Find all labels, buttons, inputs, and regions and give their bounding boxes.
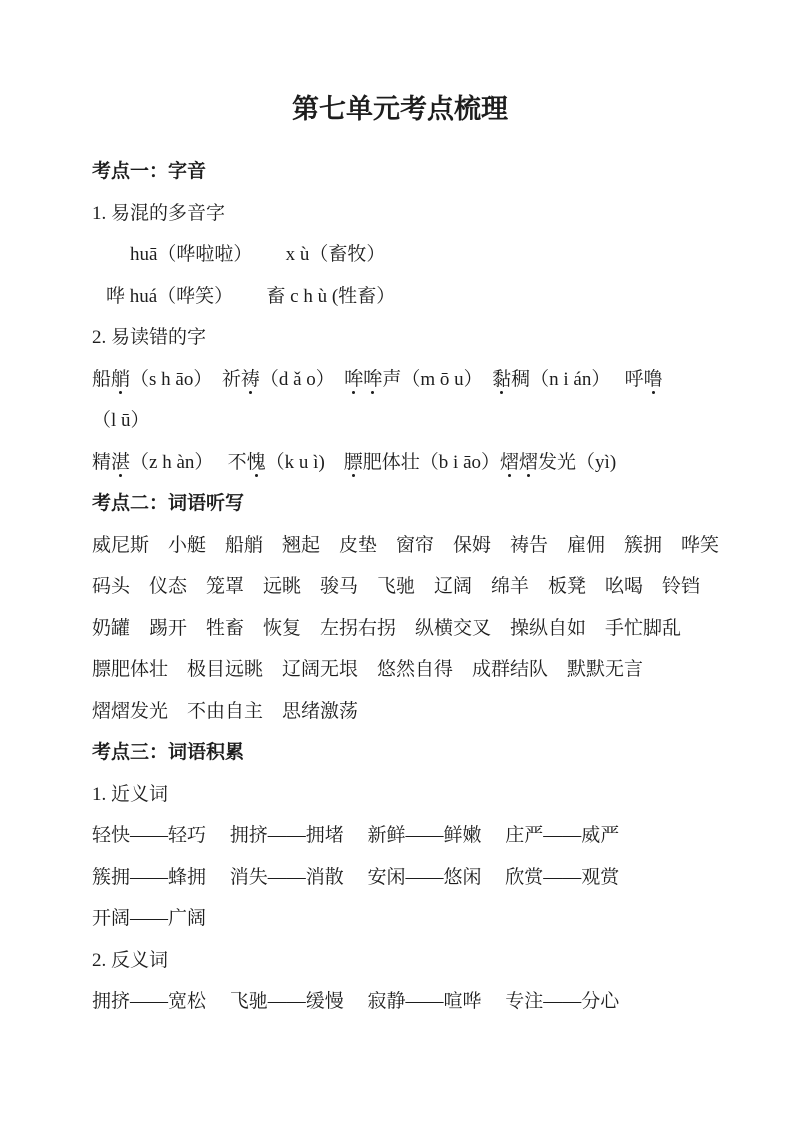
polyphone-line-1: huā（哗啦啦） x ù（畜牧） <box>92 234 708 276</box>
dictation-word-line-4: 膘肥体壮 极目远眺 辽阔无垠 悠然自得 成群结队 默默无言 <box>92 649 708 691</box>
mispronounced-line-2: （l ū） <box>92 400 708 442</box>
mispronounced-line-3: 精湛（z h àn） 不愧（k u ì) 膘肥体壮（b i āo）熠熠发光（yì… <box>92 442 708 484</box>
synonym-line-3: 开阔——广阔 <box>92 898 708 940</box>
synonym-line-2: 簇拥——蜂拥 消失——消散 安闲——悠闲 欣赏——观赏 <box>92 857 708 899</box>
document-page: 第七单元考点梳理 考点一：字音 1. 易混的多音字 huā（哗啦啦） x ù（畜… <box>0 0 793 1122</box>
section1-item1-label: 1. 易混的多音字 <box>92 193 708 235</box>
section1-item2-label: 2. 易读错的字 <box>92 317 708 359</box>
document-content: 第七单元考点梳理 考点一：字音 1. 易混的多音字 huā（哗啦啦） x ù（畜… <box>92 88 708 1023</box>
dictation-word-line-5: 熠熠发光 不由自主 思绪激荡 <box>92 691 708 733</box>
mispronounced-line-1: 船艄（s h āo） 祈祷（d ǎ o） 哞哞声（m ō u） 黏稠（n i á… <box>92 359 708 401</box>
synonyms-label: 1. 近义词 <box>92 774 708 816</box>
dictation-word-line-3: 奶罐 踢开 牲畜 恢复 左拐右拐 纵横交叉 操纵自如 手忙脚乱 <box>92 608 708 650</box>
polyphone-line-2: 哗 huá（哗笑） 畜 c h ù (牲畜） <box>92 276 708 318</box>
page-title: 第七单元考点梳理 <box>92 88 708 130</box>
section3-heading: 考点三：词语积累 <box>92 732 708 774</box>
dictation-word-line-2: 码头 仪态 笼罩 远眺 骏马 飞驰 辽阔 绵羊 板凳 吆喝 铃铛 <box>92 566 708 608</box>
antonym-line-1: 拥挤——宽松 飞驰——缓慢 寂静——喧哗 专注——分心 <box>92 981 708 1023</box>
dictation-word-line-1: 威尼斯 小艇 船艄 翘起 皮垫 窗帘 保姆 祷告 雇佣 簇拥 哗笑 <box>92 525 708 567</box>
antonyms-label: 2. 反义词 <box>92 940 708 982</box>
synonym-line-1: 轻快——轻巧 拥挤——拥堵 新鲜——鲜嫩 庄严——威严 <box>92 815 708 857</box>
section2-heading: 考点二：词语听写 <box>92 483 708 525</box>
section1-heading: 考点一：字音 <box>92 151 708 193</box>
